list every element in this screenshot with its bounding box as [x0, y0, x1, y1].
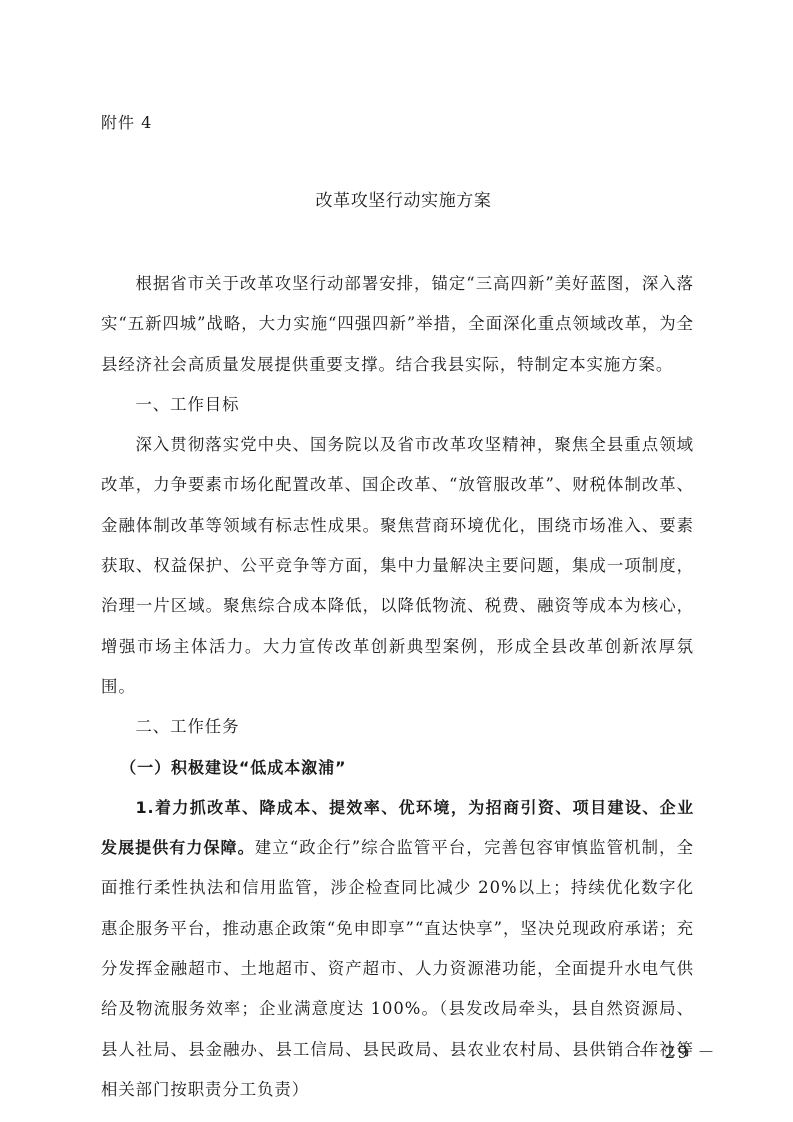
intro-paragraph: 根据省市关于改革攻坚行动部署安排，锚定“三高四新”美好蓝图，深入落实“五新四城”… [101, 264, 694, 385]
goals-paragraph: 深入贯彻落实党中央、国务院以及省市改革攻坚精神，聚焦全县重点领域改革，力争要素市… [101, 425, 694, 707]
attachment-label: 附件 4 [101, 113, 152, 133]
subsection-heading-low-cost: （一）积极建设“低成本溆浦” [101, 748, 694, 788]
document-body: 根据省市关于改革攻坚行动部署安排，锚定“三高四新”美好蓝图，深入落实“五新四城”… [101, 264, 694, 1110]
task-item-1: 1.着力抓改革、降成本、提效率、优环境，为招商引资、项目建设、企业发展提供有力保… [101, 788, 694, 1110]
page-number: － 29 － [638, 1043, 716, 1063]
section-heading-goals: 一、工作目标 [101, 385, 694, 425]
document-page: 附件 4 改革攻坚行动实施方案 根据省市关于改革攻坚行动部署安排，锚定“三高四新… [0, 0, 793, 1122]
document-title: 改革攻坚行动实施方案 [0, 190, 793, 212]
section-heading-tasks: 二、工作任务 [101, 707, 694, 747]
task-item-1-body: 建立“政企行”综合监管平台，完善包容审慎监管机制，全面推行柔性执法和信用监管，涉… [101, 838, 694, 1099]
